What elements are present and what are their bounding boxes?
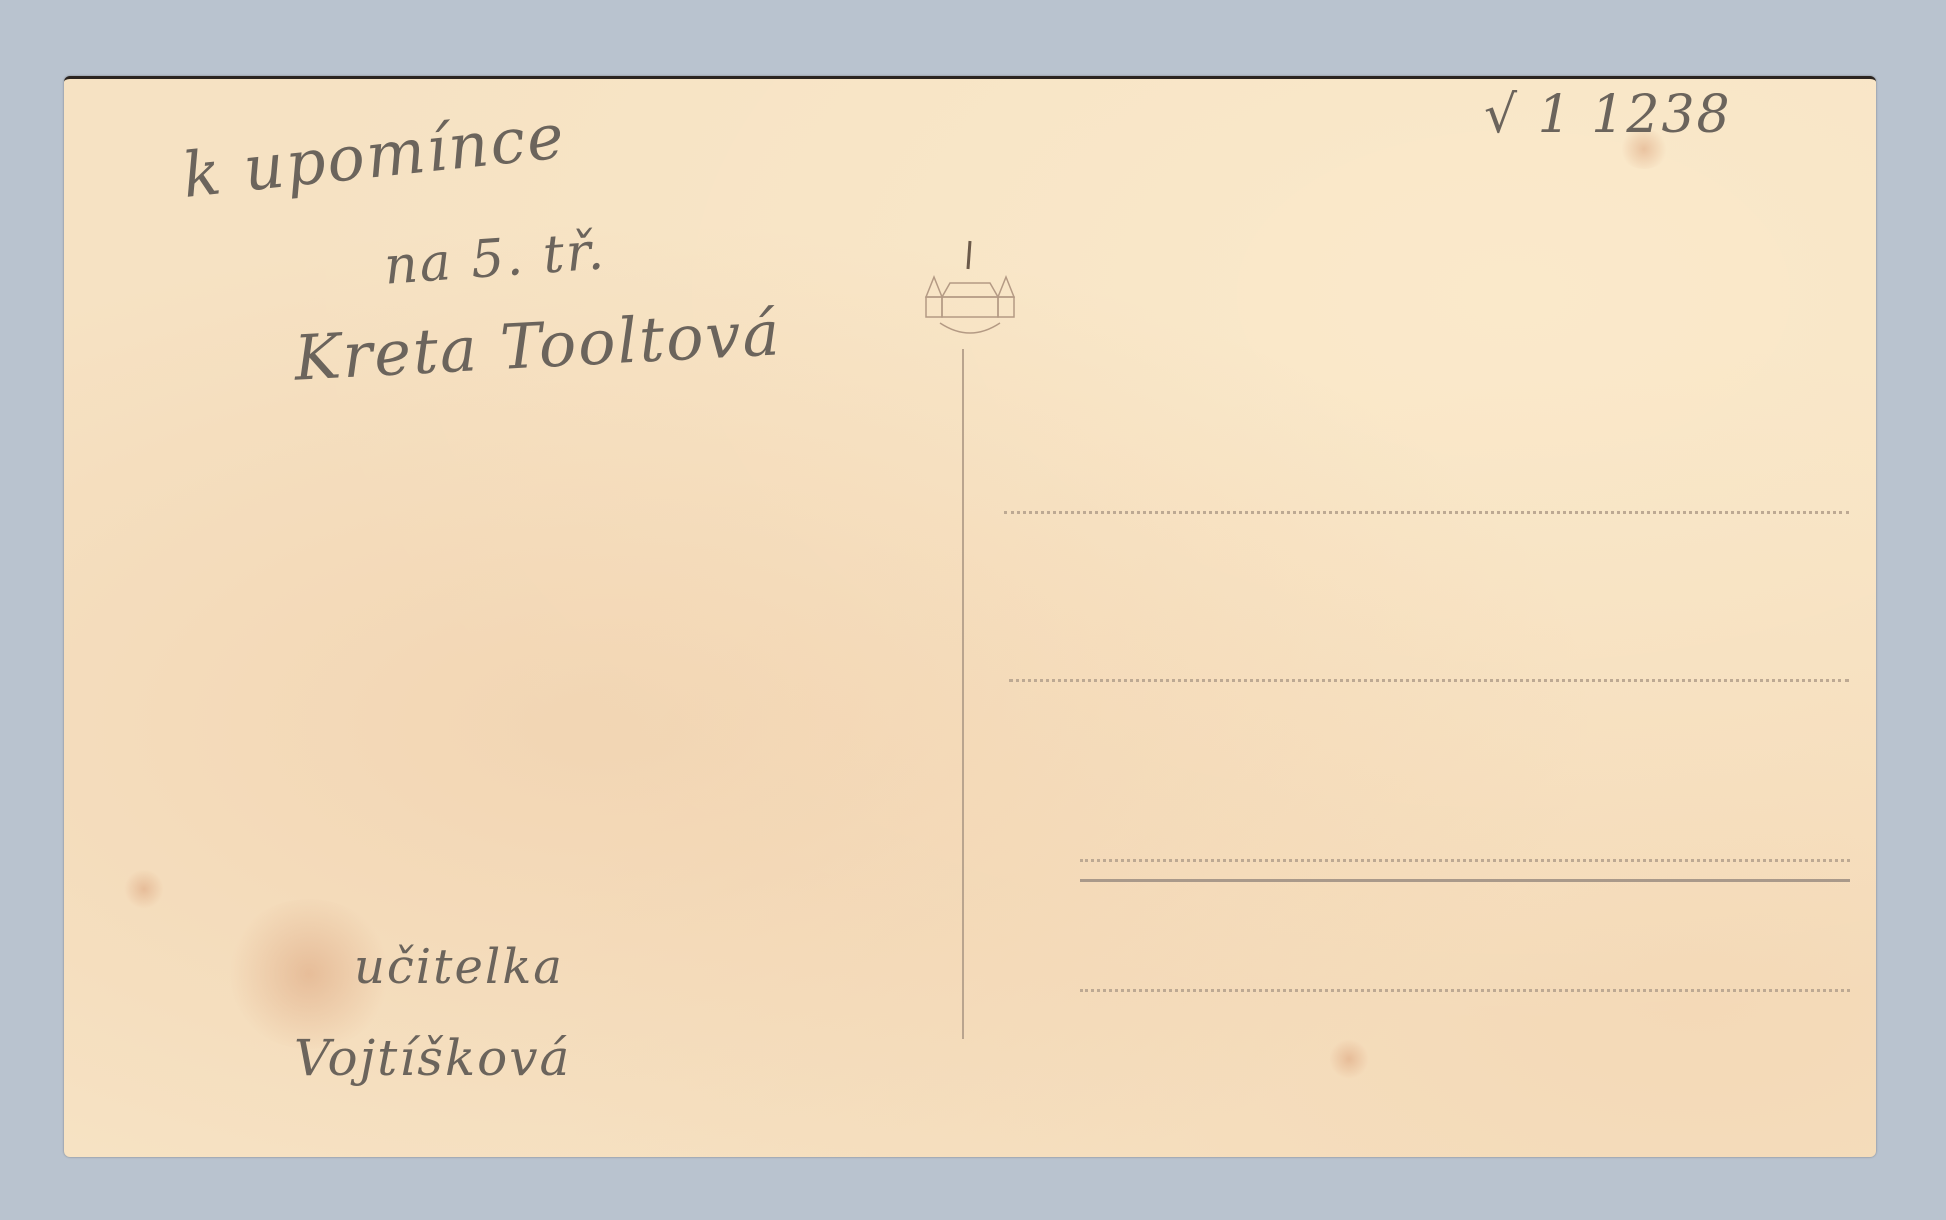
address-line-5 (1080, 989, 1850, 992)
signature-line-2: Vojtíšková (294, 1029, 571, 1087)
castle-logo-icon (920, 239, 1020, 349)
message-line-2: na 5. tř. (382, 221, 607, 296)
postcard-back: k upomínce na 5. tř. Kreta Tooltová √ 1 … (64, 76, 1876, 1157)
address-line-3 (1080, 859, 1850, 862)
address-line-2 (1009, 679, 1849, 682)
address-line-1 (1004, 511, 1849, 514)
vertical-divider (962, 349, 964, 1039)
message-line-3: Kreta Tooltová (292, 296, 783, 394)
message-line-1: k upomínce (179, 99, 569, 212)
spot-stain (124, 869, 164, 909)
spot-stain (1329, 1039, 1369, 1079)
address-line-4 (1080, 879, 1850, 882)
reference-number: √ 1 1238 (1484, 85, 1732, 145)
signature-line-1: učitelka (354, 939, 564, 995)
